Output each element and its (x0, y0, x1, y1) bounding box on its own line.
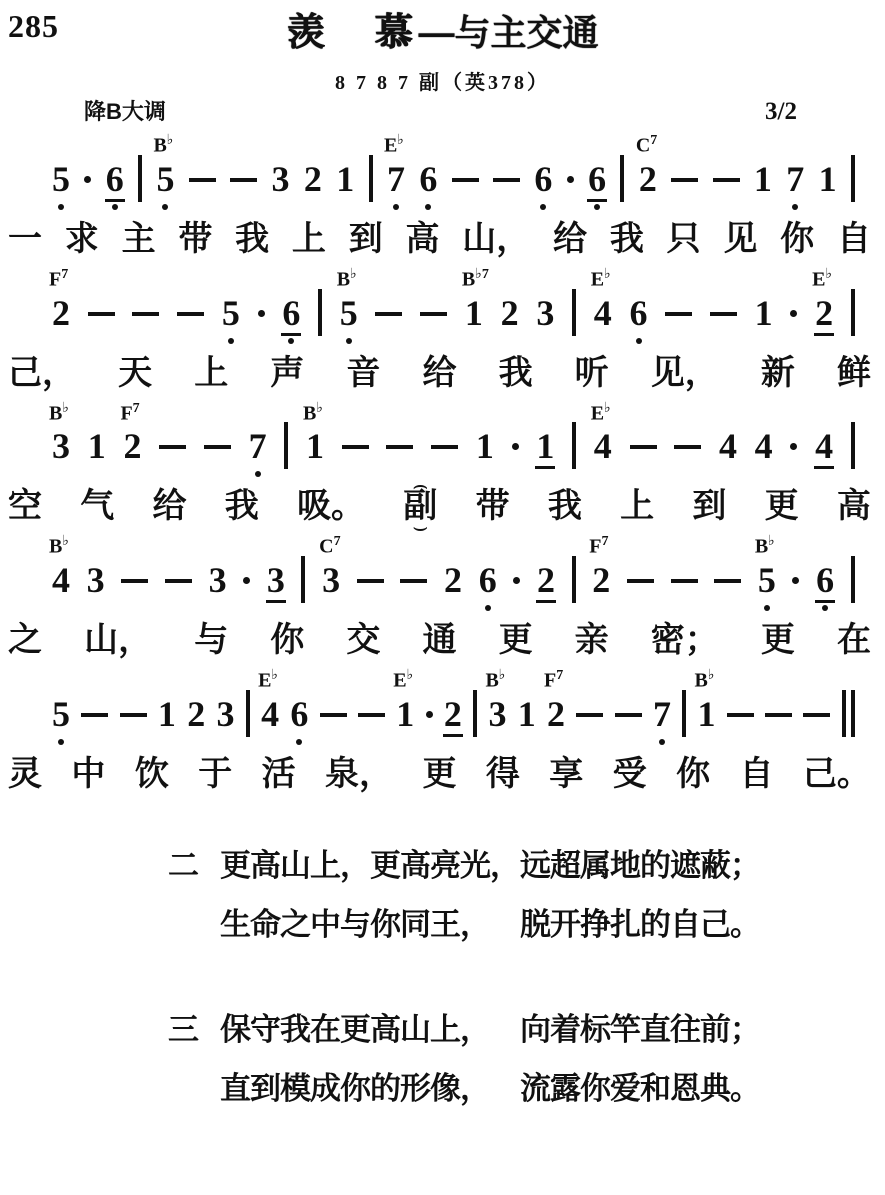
lyric-char: 我 (225, 489, 259, 525)
lyric-char: 带 (178, 222, 212, 258)
note: 3B♭ (52, 429, 70, 463)
chorus-marker: 副 (403, 489, 437, 525)
note: 2 (187, 697, 205, 731)
note-digit: 5 (222, 296, 240, 330)
lyric-char: 更 (765, 489, 799, 525)
duration-dash (493, 178, 520, 182)
barline (682, 690, 686, 737)
note-digit: 6 (106, 162, 124, 196)
lyric-char: 见， (651, 356, 719, 392)
duration-dash (120, 713, 147, 717)
note: 3C7 (322, 563, 340, 597)
chord-symbol: F7 (49, 268, 68, 290)
chord-symbol: E♭ (591, 268, 611, 290)
duration-dash (121, 579, 148, 583)
note: 4E♭ (261, 697, 279, 731)
duration-dash (132, 312, 159, 316)
lyric-char: 上 (620, 489, 654, 525)
lyric-char: 自 (837, 222, 871, 258)
note: 6 (282, 296, 300, 330)
lyric-char: 气 (80, 489, 114, 525)
final-barline (842, 690, 855, 737)
lyric-char: 音 (346, 356, 380, 392)
note: 5 (52, 162, 70, 196)
barline (851, 690, 855, 737)
lyric-char: 于 (198, 757, 232, 793)
note-digit: 5 (52, 162, 70, 196)
lyric-char: 我 (499, 356, 533, 392)
lyric-char: 活 (262, 757, 296, 793)
lyric-char: 带 (476, 489, 510, 525)
duration-dash (189, 178, 216, 182)
note-digit: 6 (534, 162, 552, 196)
lyric-char: 得 (486, 757, 520, 793)
barline (851, 422, 855, 469)
chord-quality: ♭ (407, 668, 414, 683)
note-digit: 6 (419, 162, 437, 196)
chord-quality: 7 (133, 401, 140, 416)
lyric-char: 你 (676, 757, 710, 793)
score-system: 4B♭3333C72622F75B♭6之山，与你交通更亲密；更在 (0, 559, 885, 659)
lyric-char: 灵 (8, 757, 42, 793)
lyric-line: 之山，与你交通更亲密；更在 (0, 623, 885, 659)
duration-dash (431, 445, 458, 449)
music-line: 51234E♭61E♭23B♭12F771B♭ (0, 693, 885, 731)
lyric-char: 上 (292, 222, 326, 258)
chord-quality: ♭7 (475, 267, 489, 282)
lyric-char: 主 (122, 222, 156, 258)
duration-dash (81, 713, 108, 717)
note-digit: 4 (261, 697, 279, 731)
music-line: 565B♭3217E♭6662C7171 (0, 158, 885, 196)
chord-quality: ♭ (316, 401, 323, 416)
duration-dash (165, 579, 192, 583)
note-digit: 7 (786, 162, 804, 196)
duration-dash (204, 445, 231, 449)
score-system: 51234E♭61E♭23B♭12F771B♭灵中饮于活泉，更得享受你自己。 (0, 693, 885, 793)
chord-quality: ♭ (271, 668, 278, 683)
lyric-char: 山， (462, 222, 530, 258)
duration-dash (765, 713, 792, 717)
note-digit: 2 (815, 296, 833, 330)
barline (851, 155, 855, 202)
duration-dot (513, 577, 520, 584)
note-digit: 5 (156, 162, 174, 196)
lyric-line: 己，天上声音给我听见，新鲜 (0, 356, 885, 392)
note: 6 (290, 697, 308, 731)
chord-symbol: F7 (120, 402, 139, 424)
chord-quality: 7 (61, 267, 68, 282)
note: 6 (534, 162, 552, 196)
note: 1 (158, 697, 176, 731)
lyric-char: 高 (405, 222, 439, 258)
lyric-char: 密； (651, 623, 719, 659)
duration-dash (88, 312, 115, 316)
lyric-char: 你 (270, 623, 304, 659)
chord-symbol: F7 (544, 669, 563, 691)
lyric-char: 山， (84, 623, 152, 659)
note-digit: 3 (267, 563, 285, 597)
song-title-subtitle: —与主交通 (419, 12, 599, 53)
verse-line-left: 生命之中与你同王， (220, 909, 520, 940)
verse-spacer (168, 909, 220, 940)
note: 1B♭ (698, 697, 716, 731)
barline (842, 690, 846, 737)
barline (284, 422, 288, 469)
duration-dot (84, 176, 91, 183)
verse-spacer (168, 1073, 220, 1104)
chord-quality: ♭ (499, 668, 506, 683)
score-system: 565B♭3217E♭6662C7171一求主带我上到高山，给我只见你自 (0, 158, 885, 258)
chord-quality: ♭ (397, 133, 404, 148)
verse-line-left: 直到模成你的形像， (220, 1073, 520, 1104)
verse-line-right: 远超属地的遮蔽； (520, 850, 885, 881)
note: 4B♭ (52, 563, 70, 597)
note: 2F7 (123, 429, 141, 463)
chord-symbol: B♭ (303, 402, 323, 424)
chord-quality: 7 (334, 534, 341, 549)
note: 2F7 (547, 697, 565, 731)
note: 5B♭ (758, 563, 776, 597)
lyric-char: 上 (194, 356, 228, 392)
note-digit: 1 (396, 697, 414, 731)
duration-dash (177, 312, 204, 316)
note: 5 (52, 697, 70, 731)
lyric-char: 新 (761, 356, 795, 392)
lyric-char: 声 (270, 356, 304, 392)
note: 1B♭ (306, 429, 324, 463)
note-digit: 6 (630, 296, 648, 330)
note-digit: 3 (209, 563, 227, 597)
music-line: 4B♭3333C72622F75B♭6 (0, 559, 885, 597)
lyric-char: 到 (692, 489, 726, 525)
note-digit: 2 (187, 697, 205, 731)
note-digit: 2 (592, 563, 610, 597)
barline (246, 690, 250, 737)
note-digit: 1 (819, 162, 837, 196)
note: 4 (719, 429, 737, 463)
duration-dash (230, 178, 257, 182)
note: 2 (304, 162, 322, 196)
duration-dot (790, 443, 797, 450)
duration-dash (615, 713, 642, 717)
note-digit: 2 (444, 563, 462, 597)
note-digit: 1 (698, 697, 716, 731)
note-digit: 1 (518, 697, 536, 731)
verse-line-right: 向着标竿直往前； (520, 1014, 885, 1045)
note-digit: 2 (52, 296, 70, 330)
duration-dash (358, 713, 385, 717)
chord-quality: ♭ (167, 133, 174, 148)
score-system: 2F7565B♭1B♭7234E♭612E♭己，天上声音给我听见，新鲜 (0, 292, 885, 392)
chord-symbol: F7 (589, 535, 608, 557)
duration-dash (420, 312, 447, 316)
note: 6 (588, 162, 606, 196)
duration-dash (342, 445, 369, 449)
note: 1 (518, 697, 536, 731)
duration-dot (243, 577, 250, 584)
chord-quality: 7 (601, 534, 608, 549)
chord-quality: ♭ (604, 401, 611, 416)
lyric-char: 更 (499, 623, 533, 659)
note: 1 (755, 296, 773, 330)
lyric-char: 吸。 (297, 489, 365, 525)
note: 1 (536, 429, 554, 463)
note: 7E♭ (387, 162, 405, 196)
song-title: 羡 慕—与主交通 (0, 0, 885, 52)
note-digit: 5 (758, 563, 776, 597)
lyric-char: 与 (194, 623, 228, 659)
lyric-char: 己， (8, 356, 76, 392)
lyric-char: 亲 (575, 623, 609, 659)
note-digit: 3 (87, 563, 105, 597)
note-digit: 6 (479, 563, 497, 597)
lyric-char: 鲜 (837, 356, 871, 392)
note: 1 (754, 162, 772, 196)
key-signature: 降B大调 (84, 101, 166, 123)
note-digit: 2 (123, 429, 141, 463)
note-digit: 4 (719, 429, 737, 463)
duration-dash (671, 579, 698, 583)
note: 1B♭7 (465, 296, 483, 330)
barline (572, 556, 576, 603)
note: 3 (272, 162, 290, 196)
note: 5B♭ (340, 296, 358, 330)
chord-quality: 7 (650, 133, 657, 148)
barline (851, 556, 855, 603)
verse-number: 三 (168, 1014, 220, 1045)
note: 2F7 (52, 296, 70, 330)
note: 3 (216, 697, 234, 731)
song-number: 285 (8, 8, 59, 45)
note: 2C7 (639, 162, 657, 196)
lyric-char: 求 (65, 222, 99, 258)
note: 2 (444, 563, 462, 597)
barline (473, 690, 477, 737)
barline (369, 155, 373, 202)
note-digit: 2 (444, 697, 462, 731)
note: 6 (419, 162, 437, 196)
chord-quality: ♭ (62, 534, 69, 549)
duration-dash (710, 312, 737, 316)
lyric-char: 听 (575, 356, 609, 392)
note-digit: 1 (536, 429, 554, 463)
lyric-char: 到 (349, 222, 383, 258)
duration-dot (426, 711, 433, 718)
note-digit: 1 (476, 429, 494, 463)
chord-quality: ♭ (768, 534, 775, 549)
duration-dash (320, 713, 347, 717)
duration-dot (790, 310, 797, 317)
lyric-char: 交 (346, 623, 380, 659)
chord-symbol: B♭ (49, 402, 69, 424)
meter-and-tune-reference: 8 7 8 7 副（英378） (0, 66, 885, 95)
note-digit: 1 (755, 296, 773, 330)
duration-dash (674, 445, 701, 449)
duration-dot (512, 443, 519, 450)
note: 5 (222, 296, 240, 330)
note: 2 (501, 296, 519, 330)
note-digit: 2 (501, 296, 519, 330)
note: 6 (630, 296, 648, 330)
verse-line-left: 更高山上，更高亮光， (220, 850, 520, 881)
barline (572, 422, 576, 469)
note-digit: 4 (755, 429, 773, 463)
note: 4E♭ (594, 429, 612, 463)
lyric-char: 给 (153, 489, 187, 525)
note-digit: 2 (304, 162, 322, 196)
note-digit: 1 (465, 296, 483, 330)
barline (620, 155, 624, 202)
verses: 二更高山上，更高亮光，远超属地的遮蔽；生命之中与你同王，脱开挣扎的自己。三保守我… (0, 850, 885, 1104)
lyric-char: 给 (422, 356, 456, 392)
duration-dash (386, 445, 413, 449)
score-system: 3B♭12F771B♭114E♭444空气给我吸。副带我上到更高 (0, 425, 885, 525)
lyric-char: 享 (549, 757, 583, 793)
duration-dot (792, 577, 799, 584)
lyric-char: 我 (610, 222, 644, 258)
note: 1E♭ (396, 697, 414, 731)
note-digit: 6 (282, 296, 300, 330)
chord-symbol: B♭ (337, 268, 357, 290)
verse-line-left: 保守我在更高山上， (220, 1014, 520, 1045)
note: 7 (653, 697, 671, 731)
music-line: 2F7565B♭1B♭7234E♭612E♭ (0, 292, 885, 330)
lyric-char: 一 (8, 222, 42, 258)
duration-dot (258, 310, 265, 317)
note: 3 (267, 563, 285, 597)
chord-quality: ♭ (825, 267, 832, 282)
note-digit: 1 (158, 697, 176, 731)
verse: 三保守我在更高山上，向着标竿直往前；直到模成你的形像，流露你爱和恩典。 (168, 1014, 885, 1104)
note-digit: 6 (588, 162, 606, 196)
chord-quality: ♭ (62, 401, 69, 416)
note-digit: 7 (653, 697, 671, 731)
note-digit: 4 (52, 563, 70, 597)
verse-number: 二 (168, 850, 220, 881)
note-digit: 4 (594, 429, 612, 463)
note: 7 (249, 429, 267, 463)
duration-dash (714, 579, 741, 583)
note: 3B♭ (488, 697, 506, 731)
chord-symbol: B♭ (755, 535, 775, 557)
barline (138, 155, 142, 202)
chord-symbol: B♭ (153, 134, 173, 156)
hymn-page: 285 羡 慕—与主交通 8 7 8 7 副（英378） 降B大调 3/2 56… (0, 0, 885, 1195)
note: 4 (815, 429, 833, 463)
duration-dash (665, 312, 692, 316)
lyric-char: 见 (723, 222, 757, 258)
duration-dash (727, 713, 754, 717)
note: 2E♭ (815, 296, 833, 330)
duration-dash (713, 178, 740, 182)
note-digit: 2 (547, 697, 565, 731)
chord-quality: ♭ (708, 668, 715, 683)
lyric-char: 天 (118, 356, 152, 392)
lyric-char: 之 (8, 623, 42, 659)
barline (851, 289, 855, 336)
note-digit: 3 (216, 697, 234, 731)
lyric-line: 一求主带我上到高山，给我只见你自 (0, 222, 885, 258)
note: 2 (444, 697, 462, 731)
lyric-line: 灵中饮于活泉，更得享受你自己。 (0, 757, 885, 793)
note-digit: 4 (594, 296, 612, 330)
verse-line-right: 脱开挣扎的自己。 (520, 909, 885, 940)
lyric-char: 我 (548, 489, 582, 525)
note: 1 (88, 429, 106, 463)
note-digit: 3 (488, 697, 506, 731)
note-digit: 1 (336, 162, 354, 196)
song-title-main: 羡 慕 (286, 12, 418, 54)
time-signature: 3/2 (765, 99, 797, 124)
note: 2 (537, 563, 555, 597)
note-digit: 5 (52, 697, 70, 731)
lyric-char: 通 (422, 623, 456, 659)
lyric-char: 中 (71, 757, 105, 793)
duration-dash (400, 579, 427, 583)
duration-dash (627, 579, 654, 583)
lyric-char: 给 (553, 222, 587, 258)
note: 3 (87, 563, 105, 597)
duration-dash (357, 579, 384, 583)
chord-quality: 7 (556, 668, 563, 683)
note-digit: 7 (249, 429, 267, 463)
chord-symbol: B♭ (49, 535, 69, 557)
key-time-row: 降B大调 3/2 (0, 99, 885, 124)
note: 6 (106, 162, 124, 196)
lyric-char: 更 (761, 623, 795, 659)
note: 1 (476, 429, 494, 463)
chord-symbol: E♭ (258, 669, 278, 691)
chord-symbol: C7 (319, 535, 340, 557)
duration-dash (671, 178, 698, 182)
barline (318, 289, 322, 336)
duration-dash (630, 445, 657, 449)
chord-symbol: E♭ (384, 134, 404, 156)
chord-symbol: E♭ (393, 669, 413, 691)
note-digit: 2 (537, 563, 555, 597)
note-digit: 7 (387, 162, 405, 196)
lyric-char: 空 (8, 489, 42, 525)
note-digit: 4 (815, 429, 833, 463)
lyric-line: 空气给我吸。副带我上到更高 (0, 489, 885, 525)
note-digit: 5 (340, 296, 358, 330)
note: 3 (209, 563, 227, 597)
note-digit: 3 (52, 429, 70, 463)
note: 4 (755, 429, 773, 463)
chord-symbol: E♭ (591, 402, 611, 424)
note: 1 (819, 162, 837, 196)
chord-symbol: B♭ (695, 669, 715, 691)
lyric-char: 你 (780, 222, 814, 258)
verse-line-right: 流露你爱和恩典。 (520, 1073, 885, 1104)
lyric-char: 只 (667, 222, 701, 258)
duration-dash (452, 178, 479, 182)
note: 7 (786, 162, 804, 196)
note-digit: 2 (639, 162, 657, 196)
note-digit: 3 (322, 563, 340, 597)
lyric-char: 己。 (803, 757, 871, 793)
note-digit: 6 (290, 697, 308, 731)
note-digit: 1 (88, 429, 106, 463)
note-digit: 1 (306, 429, 324, 463)
chord-quality: ♭ (604, 267, 611, 282)
music-line: 3B♭12F771B♭114E♭444 (0, 425, 885, 463)
chord-symbol: B♭ (485, 669, 505, 691)
note: 3 (536, 296, 554, 330)
note-digit: 3 (272, 162, 290, 196)
score: 565B♭3217E♭6662C7171一求主带我上到高山，给我只见你自2F75… (0, 158, 885, 792)
